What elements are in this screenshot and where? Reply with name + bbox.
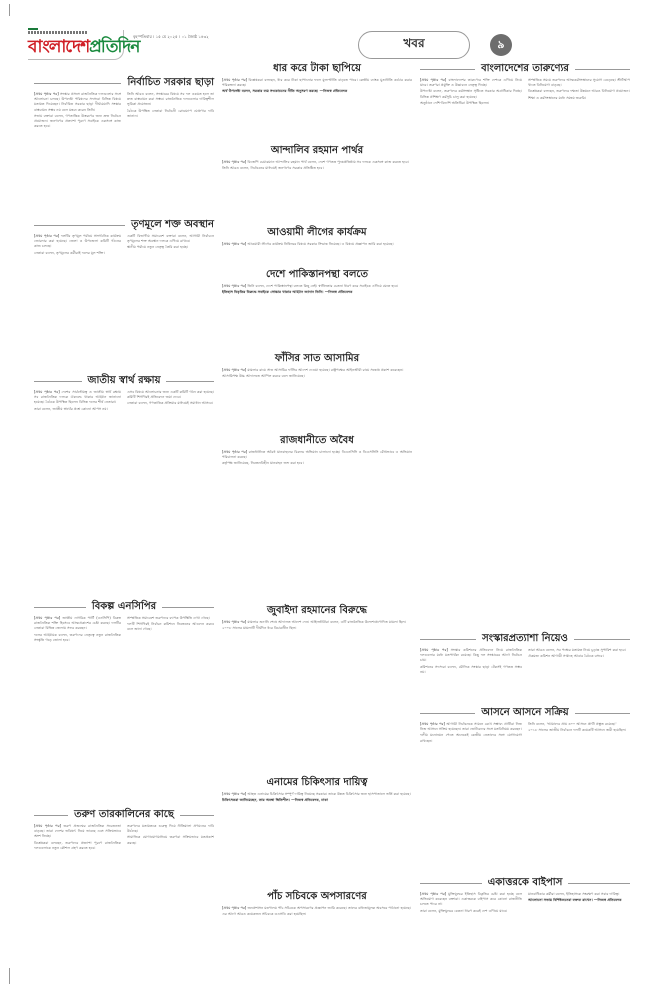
headline: নির্বাচিত সরকার ছাড়া bbox=[127, 75, 214, 92]
page-number-badge: ৯ bbox=[490, 34, 512, 56]
headline-rule bbox=[574, 639, 630, 640]
article-enamul[interactable]: এনামের চিকিৎসার দায়িত্ব [প্রথম পৃষ্ঠার … bbox=[222, 776, 412, 886]
headline: বিকল্প এনসিপির bbox=[92, 599, 156, 616]
article-body-col: [প্রথম পৃষ্ঠার পর] তিনি বলেন, দেশে পাকিস… bbox=[222, 284, 412, 296]
article-body-col: তিনি আরও বলেন, সংস্কারের বিষয়ে সব দল এক… bbox=[127, 92, 214, 130]
article-dhar-kore[interactable]: ধার করে টাকা ছাপিয়ে [প্রথম পৃষ্ঠার পর] … bbox=[222, 62, 412, 142]
headline: আন্দালিব রহমান পার্থর bbox=[222, 144, 412, 158]
headline: এনামের চিকিৎসার দায়িত্ব bbox=[222, 776, 412, 790]
article-body-col: [প্রথম পৃষ্ঠার পর] সংস্কার কমিশনের প্রতি… bbox=[420, 648, 522, 676]
logo-wordmark: বাংলাদেশপ্রতিদিন bbox=[28, 34, 139, 62]
headline: দেশে পাকিস্তানপন্থা বলতে bbox=[222, 268, 412, 282]
article-body-col: তিনি বলেন, 'আমাদের প্রায় ৩০০ আসনে প্রার… bbox=[528, 722, 630, 745]
article-body-col: সাম্প্রতিক সময়ে তরুণদের আত্মকর্মসংস্থান… bbox=[528, 78, 630, 107]
article-body-col: [প্রথম পৃষ্ঠার পর] রাজধানীতে অবৈধ যানবাহ… bbox=[222, 450, 412, 468]
headline-rule bbox=[34, 381, 82, 382]
headline-rule bbox=[34, 607, 86, 608]
article-body-col: [প্রথম পৃষ্ঠার পর] মামলার রায়ে সাত আসাম… bbox=[222, 368, 412, 380]
article-body-col: একটি বিভাগীয় সমাবেশে বক্তারা বলেন, আগাম… bbox=[127, 234, 214, 257]
headline: জাতীয় স্বার্থ রক্ষায় bbox=[88, 373, 161, 390]
article-pakistanpontho[interactable]: দেশে পাকিস্তানপন্থা বলতে [প্রথম পৃষ্ঠার … bbox=[222, 268, 412, 350]
headline-rule bbox=[420, 69, 475, 70]
article-fanshi[interactable]: ফাঁসির সাত আসামির [প্রথম পৃষ্ঠার পর] মাম… bbox=[222, 352, 412, 436]
article-body-col: সাম্প্রতিক সমাবেশে তরুণদের ব্যাপক উপস্থি… bbox=[127, 616, 214, 644]
dateline: বৃহস্পতিবার । ১৫ মে ২০২৫ । ০১ জ্যৈষ্ঠ ১৪… bbox=[133, 34, 209, 41]
article-jatiyo-swartho[interactable]: জাতীয় স্বার্থ রক্ষায় [প্রথম পৃষ্ঠার পর… bbox=[34, 374, 214, 596]
headline-rule bbox=[420, 639, 476, 640]
article-bikolpo-ncp[interactable]: বিকল্প এনসিপির [প্রথম পৃষ্ঠার পর] জাতীয়… bbox=[34, 600, 214, 806]
headline-rule bbox=[34, 225, 125, 226]
headline: তরুণ তারকালিনের কাছে bbox=[74, 807, 174, 824]
headline-rule bbox=[34, 83, 121, 84]
headline: বাংলাদেশের তারুণ্যের bbox=[481, 61, 569, 78]
article-body-col: [প্রথম পৃষ্ঠার পর] জনপ্রশাসন মন্ত্রণালয়… bbox=[222, 906, 412, 918]
headline-rule bbox=[568, 883, 630, 884]
article-body-col: [প্রথম পৃষ্ঠার পর] জাতীয় নাগরিক পার্টি … bbox=[34, 616, 121, 644]
headline: ধার করে টাকা ছাপিয়ে bbox=[222, 62, 412, 76]
headline: একাত্তরকে বাইপাস bbox=[488, 875, 563, 892]
newspaper-page: বাংলাদেশপ্রতিদিন বৃহস্পতিবার । ১৫ মে ২০২… bbox=[0, 0, 650, 984]
article-body-col: [প্রথম পৃষ্ঠার পর] সংস্কার প্রসঙ্গে রাজন… bbox=[34, 92, 121, 130]
article-body-col: [প্রথম পৃষ্ঠার পর] আওয়ামী লীগের কার্যক্… bbox=[222, 242, 412, 248]
article-trinamule[interactable]: তৃণমূলে শক্ত অবস্থান [প্রথম পৃষ্ঠার পর] … bbox=[34, 218, 214, 366]
article-sanskar[interactable]: সংস্কারপ্রত্যাশা নিয়েও [প্রথম পৃষ্ঠার প… bbox=[420, 632, 630, 702]
margin-rule-top bbox=[9, 4, 10, 16]
article-tarun[interactable]: তরুণ তারকালিনের কাছে [প্রথম পৃষ্ঠার পর] … bbox=[34, 808, 214, 958]
article-rajdhani[interactable]: রাজধানীতে অবৈধ [প্রথম পৃষ্ঠার পর] রাজধান… bbox=[222, 434, 412, 566]
headline: আসনে আসনে সক্রিয় bbox=[481, 705, 568, 722]
article-body-col: এসব বিষয়ে আলোচনার জন্য একটি কমিটি গঠন ক… bbox=[127, 390, 214, 413]
margin-rule-bottom bbox=[9, 968, 10, 984]
article-body-col: [প্রথম পৃষ্ঠার পর] তরুণ প্রজন্মের রাজনৈত… bbox=[34, 824, 121, 852]
article-awami-league[interactable]: আওয়ামী লীগের কার্যক্রম [প্রথম পৃষ্ঠার প… bbox=[222, 226, 412, 264]
headline-rule bbox=[575, 69, 630, 70]
logo-tag-badge bbox=[28, 28, 38, 30]
article-asone-asone[interactable]: আসনে আসনে সক্রিয় [প্রথম পৃষ্ঠার পর] আগা… bbox=[420, 706, 630, 872]
article-body-col: মানবাধিকার কর্মীরা বলেন, ইতিহাসকে সংরক্ষ… bbox=[528, 892, 630, 915]
headline: পাঁচ সচিবকে অপসারণের bbox=[222, 890, 412, 904]
article-body-col: তরুণদের মতামতকে গুরুত্ব দিয়ে নীতিমালা প… bbox=[127, 824, 214, 852]
headline-rule bbox=[166, 381, 214, 382]
headline-rule bbox=[420, 883, 482, 884]
article-body-col: [প্রথম পৃষ্ঠার পর] মামলার শুনানি শেষে আদ… bbox=[222, 620, 412, 632]
headline-rule bbox=[180, 815, 214, 816]
article-body-col: [প্রথম পৃষ্ঠার পর] আহত এনামের চিকিৎসার স… bbox=[222, 792, 412, 804]
headline-rule bbox=[420, 713, 475, 714]
headline: তৃণমূলে শক্ত অবস্থান bbox=[131, 217, 214, 234]
headline-rule bbox=[34, 815, 68, 816]
article-nirbachito[interactable]: নির্বাচিত সরকার ছাড়া [প্রথম পৃষ্ঠার পর]… bbox=[34, 76, 214, 216]
headline: ফাঁসির সাত আসামির bbox=[222, 352, 412, 366]
article-body-col: [প্রথম পৃষ্ঠার পর] বাংলাদেশের তারুণ্যের … bbox=[420, 78, 522, 107]
headline-rule bbox=[575, 713, 630, 714]
headline: জুবাইদা রহমানের বিরুদ্ধে bbox=[222, 604, 412, 618]
headline: আওয়ামী লীগের কার্যক্রম bbox=[222, 226, 412, 240]
logo[interactable]: বাংলাদেশপ্রতিদিন bbox=[28, 30, 124, 60]
article-body-col: [প্রথম পৃষ্ঠার পর] বিশ্লেষকরা বলছেন, ধার… bbox=[222, 78, 412, 96]
article-panch-sochib[interactable]: পাঁচ সচিবকে অপসারণের [প্রথম পৃষ্ঠার পর] … bbox=[222, 890, 412, 960]
article-body-col: [প্রথম পৃষ্ঠার পর] আগামী নির্বাচনকে সামন… bbox=[420, 722, 522, 745]
headline: রাজধানীতে অবৈধ bbox=[222, 434, 412, 448]
article-body-col: [প্রথম পৃষ্ঠার পর] দেশের সার্বভৌমত্ব ও জ… bbox=[34, 390, 121, 413]
article-bangladesher-tarunner[interactable]: বাংলাদেশের তারুণ্যের [প্রথম পৃষ্ঠার পর] … bbox=[420, 62, 630, 624]
headline-rule bbox=[162, 607, 214, 608]
article-abdalib[interactable]: আন্দালিব রহমান পার্থর [প্রথম পৃষ্ঠার পর]… bbox=[222, 144, 412, 224]
headline: সংস্কারপ্রত্যাশা নিয়েও bbox=[482, 631, 568, 648]
article-body-col: তারা আরও বলেন, সব পক্ষের মতামত নিয়ে চূড… bbox=[528, 648, 630, 676]
section-label[interactable]: খবর bbox=[358, 31, 470, 59]
article-zubaida[interactable]: জুবাইদা রহমানের বিরুদ্ধে [প্রথম পৃষ্ঠার … bbox=[222, 604, 412, 754]
article-ekattorke[interactable]: একাত্তরকে বাইপাস [প্রথম পৃষ্ঠার পর] মুক্… bbox=[420, 876, 630, 960]
masthead: বাংলাদেশপ্রতিদিন বৃহস্পতিবার । ১৫ মে ২০২… bbox=[28, 30, 638, 60]
article-body-col: [প্রথম পৃষ্ঠার পর] মুক্তিযুদ্ধের ইতিহাস … bbox=[420, 892, 522, 915]
article-body-col: [প্রথম পৃষ্ঠার পর] বিজেপি চেয়ারম্যান আন… bbox=[222, 160, 412, 172]
article-body-col: [প্রথম পৃষ্ঠার পর] দলটির তৃণমূল পর্যায়ে… bbox=[34, 234, 121, 257]
